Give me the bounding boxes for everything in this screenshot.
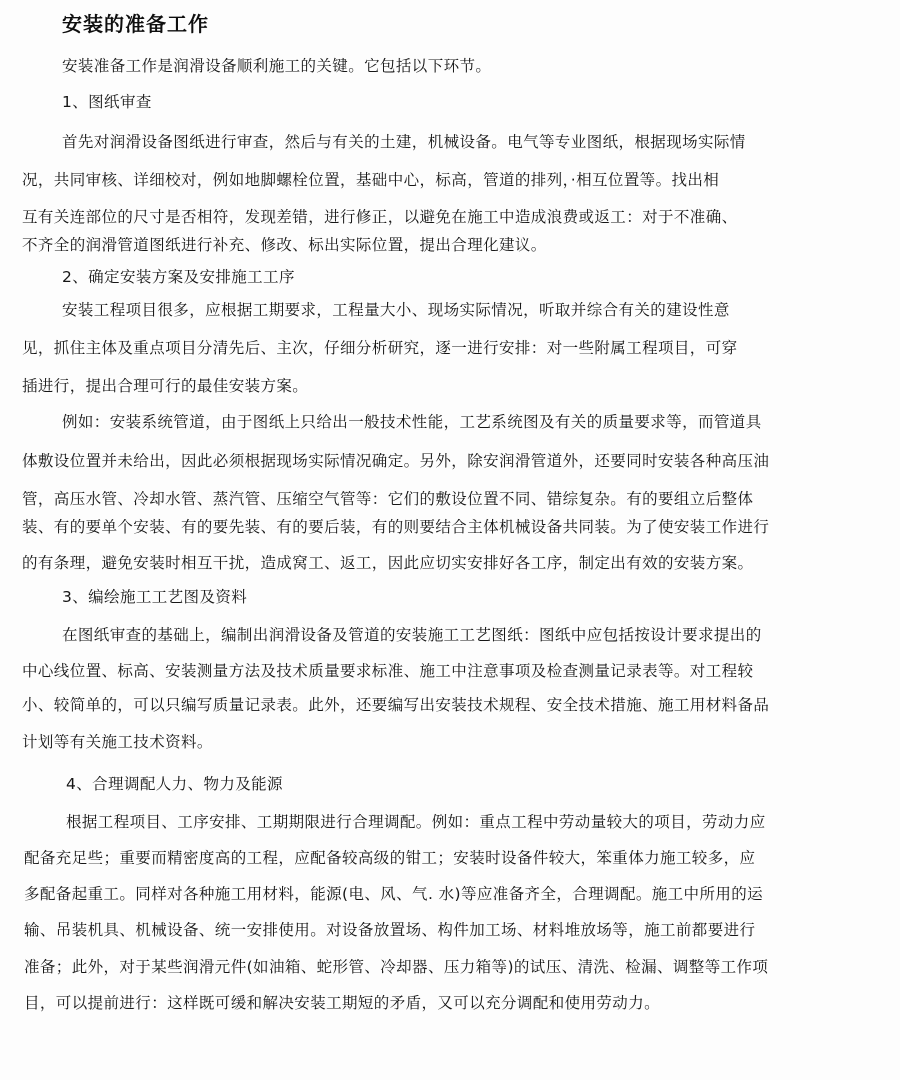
section-2-line-1: 安装工程项目很多，应根据工期要求，工程量大小、现场实际情况，听取并综合有关的建设… <box>62 298 730 320</box>
intro-text: 安装准备工作是润滑设备顺利施工的关键。它包括以下环节。 <box>62 54 491 76</box>
section-1-line-4: 不齐全的润滑管道图纸进行补充、修改、标出实际位置，提出合理化建议。 <box>22 233 547 255</box>
section-3-line-2: 中心线位置、标高、安装测量方法及技术质量要求标准、施工中注意事项及检查测量记录表… <box>22 659 753 681</box>
section-4-line-1: 根据工程项目、工序安排、工期期限进行合理调配。例如：重点工程中劳动量较大的项目，… <box>66 810 766 832</box>
section-4-line-4: 输、吊装机具、机械设备、统一安排使用。对设备放置场、构件加工场、材料堆放场等，施… <box>24 918 755 940</box>
section-2-example-line-4: 装、有的要单个安装、有的要先装、有的要后装，有的则要结合主体机械设备共同装。为了… <box>22 515 769 537</box>
section-4-line-3: 多配备起重工。同样对各种施工用材料，能源(电、风、气. 水)等应准备齐全，合理调… <box>24 882 763 904</box>
section-3-line-1: 在图纸审查的基础上，编制出润滑设备及管道的安装施工工艺图纸：图纸中应包括按设计要… <box>62 623 762 645</box>
section-3-line-4: 计划等有关施工技术资料。 <box>22 730 213 752</box>
section-1-line-1: 首先对润滑设备图纸进行审查，然后与有关的土建，机械设备。电气等专业图纸，根据现场… <box>62 130 746 152</box>
section-heading-1: 1、图纸审查 <box>62 90 152 112</box>
section-2-example-line-2: 体敷设位置并未给出，因此必须根据现场实际情况确定。另外，除安润滑管道外，还要同时… <box>22 449 769 471</box>
section-2-line-3: 插进行，提出合理可行的最佳安装方案。 <box>22 374 308 396</box>
document-page: 安装的准备工作 安装准备工作是润滑设备顺利施工的关键。它包括以下环节。 1、图纸… <box>0 0 900 1080</box>
section-heading-2: 2、确定安装方案及安排施工工序 <box>62 265 295 287</box>
section-1-line-2: 况，共同审核、详细校对，例如地脚螺栓位置，基础中心，标高，管道的排列，·相互位置… <box>22 168 719 190</box>
section-2-line-2: 见，抓住主体及重点项目分清先后、主次，仔细分析研究，逐一进行安排：对一些附属工程… <box>22 336 738 358</box>
document-title: 安装的准备工作 <box>62 8 209 37</box>
section-4-line-6: 目，可以提前进行：这样既可缓和解决安装工期短的矛盾，又可以充分调配和使用劳动力。 <box>24 991 660 1013</box>
section-2-example-line-3: 管，高压水管、冷却水管、蒸汽管、压缩空气管等：它们的敷设位置不同、错综复杂。有的… <box>22 487 753 509</box>
section-3-line-3: 小、较简单的，可以只编写质量记录表。此外，还要编写出安装技术规程、安全技术措施、… <box>22 693 769 715</box>
section-1-line-3: 互有关连部位的尺寸是否相符，发现差错，进行修正，以避免在施工中造成浪费或返工：对… <box>22 205 738 227</box>
section-heading-3: 3、编绘施工工艺图及资料 <box>62 585 247 607</box>
section-heading-4: 4、合理调配人力、物力及能源 <box>66 772 283 794</box>
section-2-example-line-1: 例如：安装系统管道，由于图纸上只给出一般技术性能，工艺系统图及有关的质量要求等，… <box>62 410 762 432</box>
section-4-line-5: 准备；此外，对于某些润滑元件(如油箱、蛇形管、冷却器、压力箱等)的试压、清洗、检… <box>24 955 768 977</box>
section-4-line-2: 配备充足些；重要而精密度高的工程，应配备较高级的钳工；安装时设备件较大，笨重体力… <box>24 846 755 868</box>
section-2-example-line-5: 的有条理，避免安装时相互干扰，造成窝工、返工，因此应切实安排好各工序，制定出有效… <box>22 551 753 573</box>
